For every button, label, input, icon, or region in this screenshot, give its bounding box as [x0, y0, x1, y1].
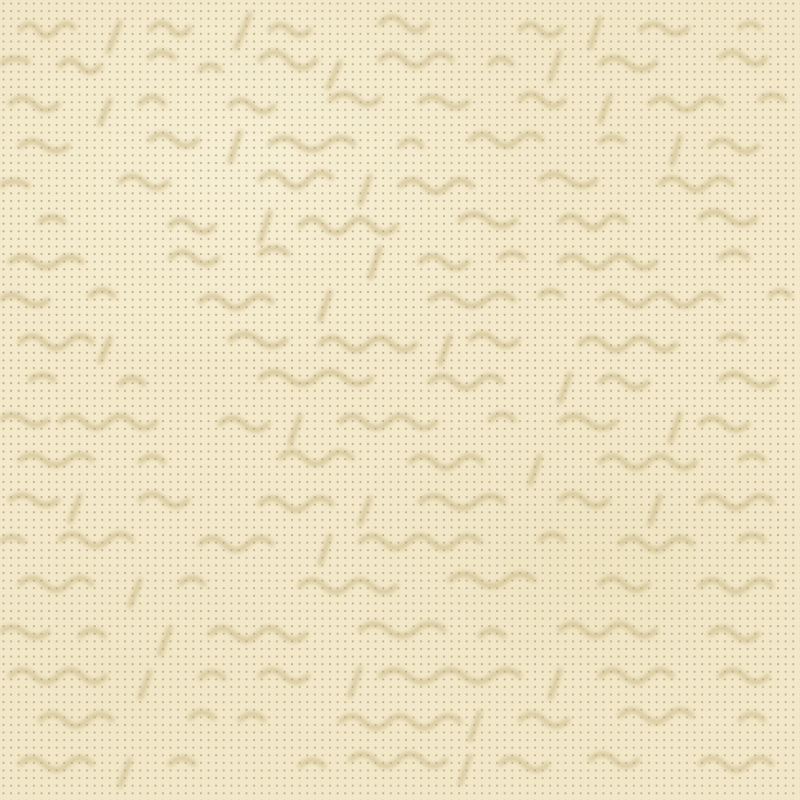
- cursive-script-layer: [0, 0, 800, 800]
- fabric-texture: [0, 0, 800, 800]
